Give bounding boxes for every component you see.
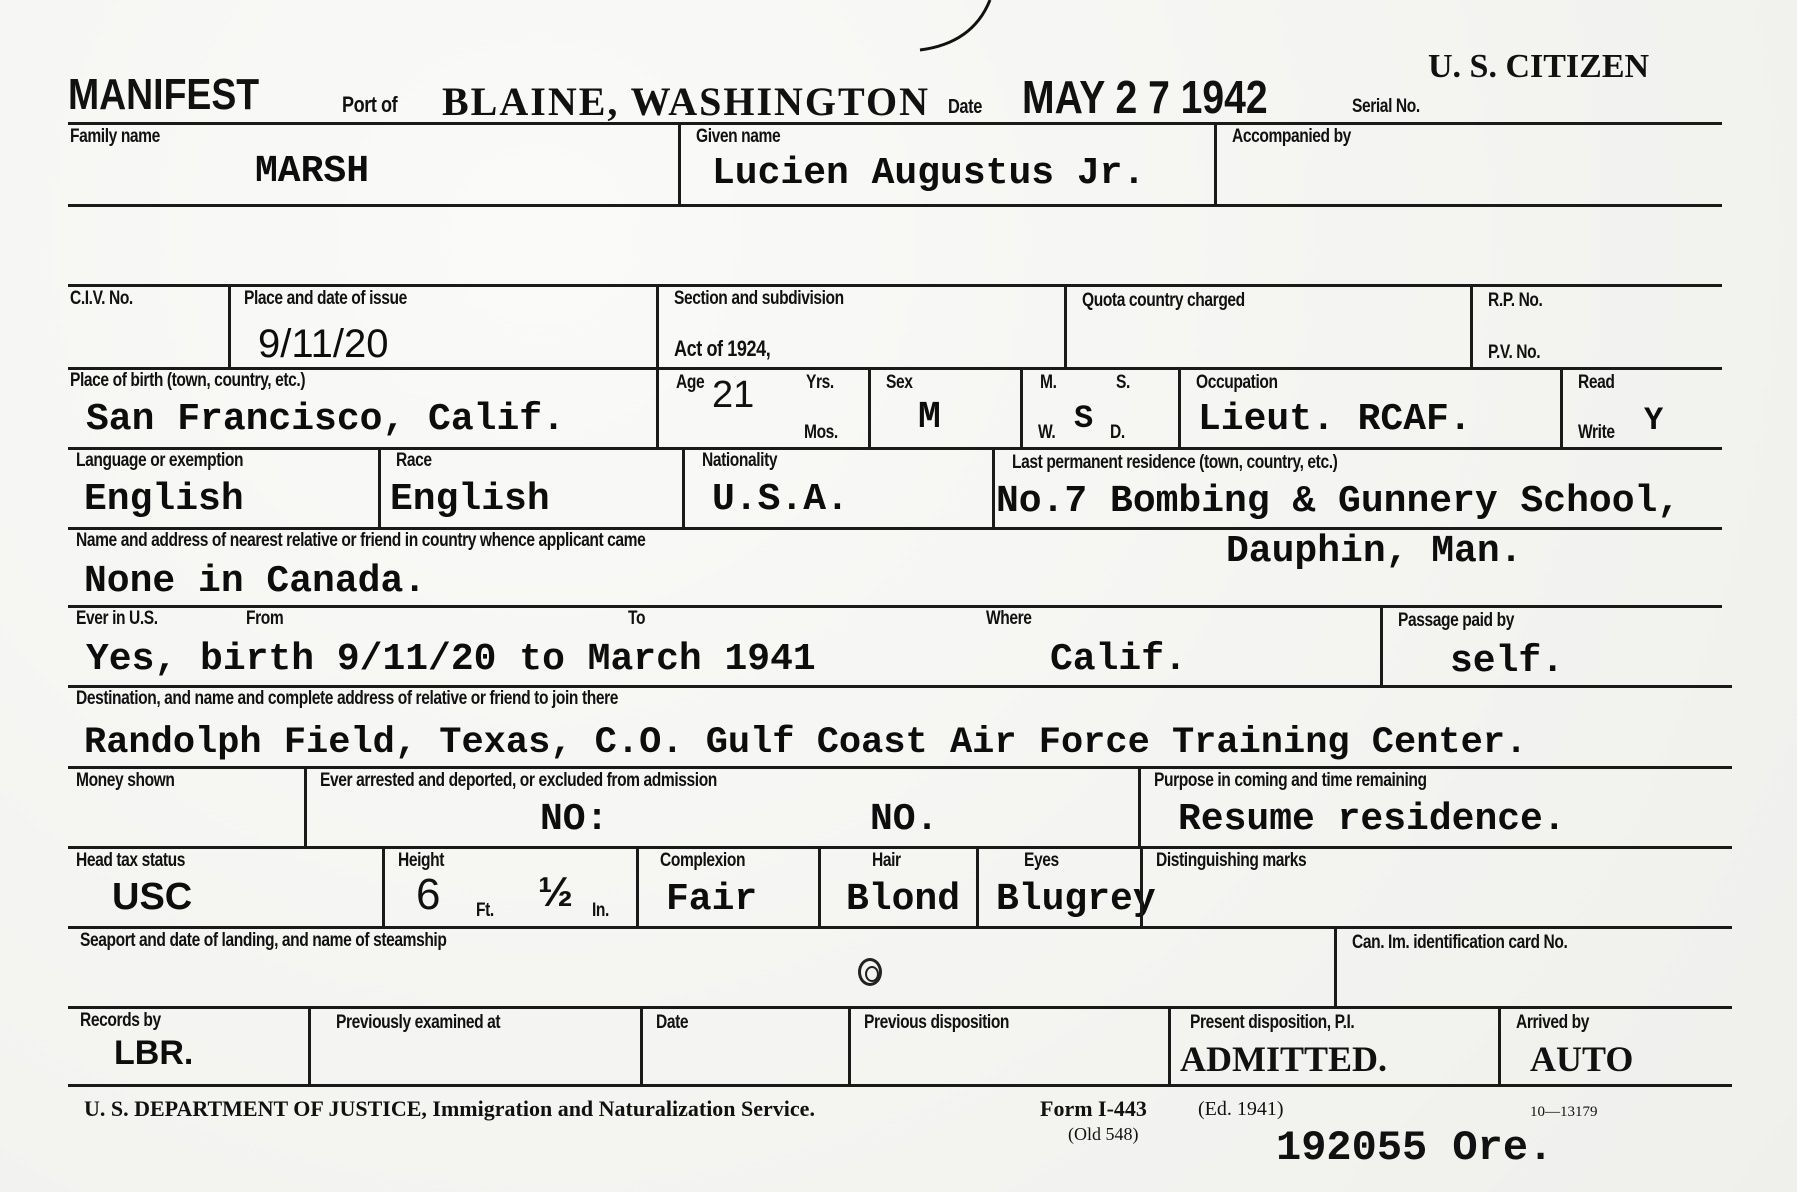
yrs-label: Yrs.: [806, 372, 834, 394]
divider: [848, 1006, 851, 1084]
file-number: 192055 Ore.: [1276, 1124, 1553, 1172]
divider: [68, 926, 1732, 929]
money-label: Money shown: [76, 770, 175, 792]
card-label: Can. Im. identification card No.: [1352, 932, 1567, 954]
circle-mark-icon: [858, 958, 882, 986]
occupation-label: Occupation: [1196, 372, 1278, 394]
given-name: Lucien Augustus Jr.: [712, 152, 1145, 195]
marital-s-label: S.: [1116, 372, 1130, 394]
form-number: Form I-443: [1040, 1096, 1147, 1122]
divider: [868, 367, 871, 447]
form-edition: (Ed. 1941): [1198, 1098, 1284, 1121]
in-label: In.: [592, 900, 609, 922]
complexion-label: Complexion: [660, 850, 745, 872]
purpose-label: Purpose in coming and time remaining: [1154, 770, 1427, 792]
port-label: Port of: [342, 92, 397, 118]
divider: [678, 122, 681, 204]
residence-label: Last permanent residence (town, country,…: [1012, 452, 1337, 474]
age-label: Age: [676, 372, 704, 394]
head-tax-value: USC: [112, 876, 192, 919]
manifest-card: MANIFEST Port of BLAINE, WASHINGTON Date…: [0, 0, 1797, 1192]
section-label: Section and subdivision: [674, 288, 844, 310]
place-date-value: 9/11/20: [258, 322, 389, 367]
relative-label: Name and address of nearest relative or …: [76, 530, 645, 552]
divider: [68, 846, 1732, 849]
divider: [68, 367, 1722, 370]
marital-d-label: D.: [1110, 422, 1125, 444]
destination-label: Destination, and name and complete addre…: [76, 688, 618, 710]
nationality-label: Nationality: [702, 450, 777, 472]
marital-m-label: M.: [1040, 372, 1056, 394]
residence-value-line2: Dauphin, Man.: [1226, 530, 1522, 573]
divider: [68, 284, 1722, 287]
present-disp-value: ADMITTED.: [1180, 1038, 1387, 1080]
arrested-value: NO:: [540, 798, 608, 841]
relative-value: None in Canada.: [84, 560, 426, 603]
head-tax-label: Head tax status: [76, 850, 185, 872]
where-label: Where: [986, 608, 1032, 630]
language-label: Language or exemption: [76, 450, 243, 472]
race-value: English: [390, 478, 550, 521]
divider: [1168, 1006, 1171, 1084]
divider: [1334, 926, 1337, 1006]
divider: [1138, 766, 1141, 846]
given-name-label: Given name: [696, 126, 780, 148]
prev-exam-label: Previously examined at: [336, 1012, 500, 1034]
quota-label: Quota country charged: [1082, 290, 1245, 312]
records-label: Records by: [80, 1010, 161, 1032]
records-value: LBR.: [114, 1034, 193, 1073]
from-label: From: [246, 608, 283, 630]
citizen-stamp: U. S. CITIZEN: [1428, 48, 1649, 86]
form-old: (Old 548): [1068, 1124, 1139, 1145]
divider: [1064, 284, 1067, 367]
ever-value: Yes, birth 9/11/20 to March 1941: [86, 638, 816, 681]
birth-label: Place of birth (town, country, etc.): [70, 370, 305, 392]
hair-label: Hair: [872, 850, 901, 872]
family-name-label: Family name: [70, 126, 160, 148]
divider: [308, 1006, 311, 1084]
rp-label: R.P. No.: [1488, 290, 1542, 312]
read-write-value: Y: [1644, 402, 1663, 439]
divider: [976, 846, 979, 926]
hair-value: Blond: [846, 878, 960, 921]
purpose-value: Resume residence.: [1178, 798, 1566, 841]
ft-label: Ft.: [476, 900, 494, 922]
divider: [1178, 367, 1181, 447]
civ-label: C.I.V. No.: [70, 288, 133, 310]
to-label: To: [628, 608, 645, 630]
divider: [656, 284, 659, 367]
divider: [1020, 367, 1023, 447]
pv-label: P.V. No.: [1488, 342, 1540, 364]
divider: [68, 605, 1722, 608]
divider: [68, 1084, 1732, 1087]
marital-value: S: [1074, 400, 1093, 437]
sex-value: M: [918, 396, 941, 439]
divider: [1380, 605, 1383, 685]
divider: [304, 766, 307, 846]
mos-label: Mos.: [804, 422, 838, 444]
ever-label: Ever in U.S.: [76, 608, 158, 630]
language-value: English: [84, 478, 244, 521]
divider: [1498, 1006, 1501, 1084]
serial-label: Serial No.: [1352, 96, 1420, 118]
height-ft-value: 6: [416, 870, 440, 920]
arrived-label: Arrived by: [1516, 1012, 1589, 1034]
date-label-row11: Date: [656, 1012, 688, 1034]
complexion-value: Fair: [666, 878, 757, 921]
arrived-value: AUTO: [1530, 1038, 1633, 1080]
read-label: Read: [1578, 372, 1614, 394]
height-label: Height: [398, 850, 444, 872]
department-text: U. S. DEPARTMENT OF JUSTICE, Immigration…: [84, 1096, 815, 1122]
passage-value: self.: [1450, 640, 1564, 683]
nationality-value: U.S.A.: [712, 478, 849, 521]
divider: [68, 204, 1722, 207]
occupation-value: Lieut. RCAF.: [1198, 398, 1472, 441]
arrested-label: Ever arrested and deported, or excluded …: [320, 770, 717, 792]
height-in-value: ½: [538, 868, 573, 916]
divider: [1140, 846, 1143, 926]
birth-value: San Francisco, Calif.: [86, 398, 565, 441]
divider: [228, 284, 231, 367]
divider: [636, 846, 639, 926]
divider: [992, 447, 995, 527]
divider: [656, 367, 659, 447]
signature-mark-icon: [900, 0, 1020, 60]
write-label: Write: [1578, 422, 1615, 444]
divider: [68, 122, 1722, 125]
divider: [818, 846, 821, 926]
divider: [1214, 122, 1217, 204]
marks-label: Distinguishing marks: [1156, 850, 1306, 872]
divider: [1470, 284, 1473, 367]
excluded-value: NO.: [870, 798, 938, 841]
residence-value: No.7 Bombing & Gunnery School,: [996, 480, 1680, 523]
print-code: 10—13179: [1530, 1104, 1598, 1121]
divider: [68, 766, 1732, 769]
age-value: 21: [712, 374, 754, 417]
divider: [1560, 367, 1563, 447]
destination-value: Randolph Field, Texas, C.O. Gulf Coast A…: [84, 722, 1527, 764]
prev-disp-label: Previous disposition: [864, 1012, 1009, 1034]
place-date-label: Place and date of issue: [244, 288, 407, 310]
seaport-label: Seaport and date of landing, and name of…: [80, 930, 446, 952]
divider: [68, 447, 1722, 450]
race-label: Race: [396, 450, 432, 472]
manifest-title: MANIFEST: [68, 70, 259, 120]
eyes-value: Blugrey: [996, 878, 1156, 921]
passage-label: Passage paid by: [1398, 610, 1514, 632]
where-value: Calif.: [1050, 638, 1187, 681]
accompanied-label: Accompanied by: [1232, 126, 1351, 148]
port-value: BLAINE, WASHINGTON: [442, 78, 930, 125]
marital-w-label: W.: [1038, 422, 1055, 444]
date-label: Date: [948, 96, 982, 119]
sex-label: Sex: [886, 372, 912, 394]
date-value: MAY 2 7 1942: [1022, 70, 1268, 124]
section-value: Act of 1924,: [674, 336, 770, 362]
divider: [68, 1006, 1732, 1009]
divider: [378, 447, 381, 527]
present-disp-label: Present disposition, P.I.: [1190, 1012, 1354, 1034]
divider: [382, 846, 385, 926]
divider: [682, 447, 685, 527]
eyes-label: Eyes: [1024, 850, 1059, 872]
family-name: MARSH: [255, 150, 369, 193]
divider: [640, 1006, 643, 1084]
